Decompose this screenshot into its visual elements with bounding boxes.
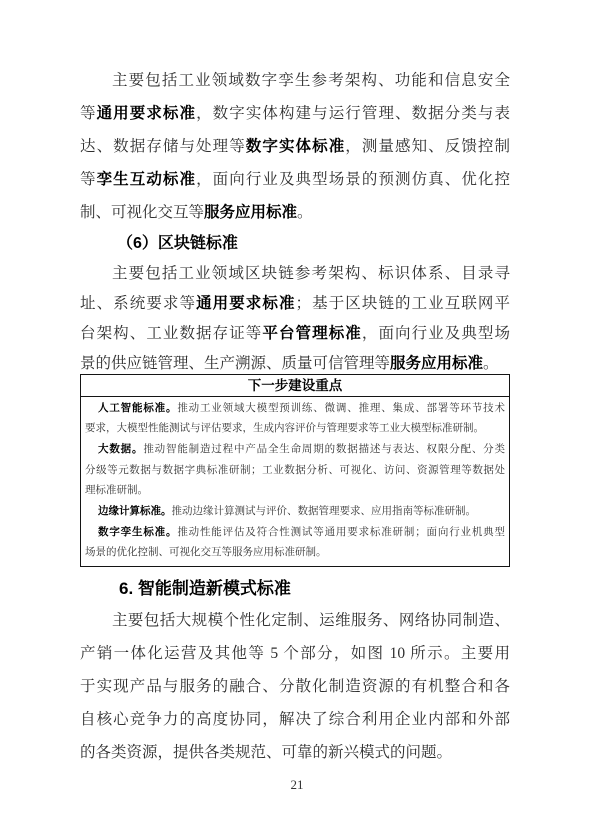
bold-term: 数字实体标准 [246, 138, 345, 155]
text-line: 边缘计算标准。推动边缘计算测试与评价、数据管理要求、应用指南等标准研制。 [85, 501, 505, 522]
text-run: 要求，大模型性能测试与评估要求，生成内容评价与管理要求等工业大模型标准研制。 [85, 423, 484, 434]
text-line: 分级等元数据与数据字典标准研制；工业数据分析、可视化、访问、资源管理等数据处 [85, 461, 505, 481]
paragraph-blockchain: 主要包括工业领域区块链参考架构、标识体系、目录寻址、系统要求等通用要求标准；基于… [80, 259, 510, 379]
key-points-box: 下一步建设重点 人工智能标准。推动工业领域大模型预训练、微调、推理、集成、部署等… [80, 374, 510, 567]
text-run: 制、可视化交互等 [80, 204, 204, 221]
text-run: 主要包括大规模个性化定制、运维服务、网络协同制造、 [112, 612, 510, 629]
text-line: 主要包括工业领域数字孪生参考架构、功能和信息安全 [80, 64, 510, 97]
text-run: 推动性能评估及符合性测试等通用要求标准研制；面向行业机典型 [177, 527, 505, 538]
text-run: 达、数据存储与处理等 [80, 138, 246, 155]
text-run: 。 [297, 204, 313, 221]
text-run: 分级等元数据与数据字典标准研制；工业数据分析、可视化、访问、资源管理等数据处 [85, 465, 505, 476]
paragraph-digital-twin: 主要包括工业领域数字孪生参考架构、功能和信息安全等通用要求标准，数字实体构建与运… [80, 64, 510, 229]
text-line: 要求，大模型性能测试与评估要求，生成内容评价与管理要求等工业大模型标准研制。 [85, 419, 505, 439]
text-run: 场景的优化控制、可视化交互等服务应用标准研制。 [85, 547, 327, 558]
bold-term: 通用要求标准 [97, 105, 196, 122]
text-line: 主要包括大规模个性化定制、运维服务、网络协同制造、 [80, 604, 510, 637]
text-run: 等 [80, 171, 97, 188]
text-run: 于实现产品与服务的融合、分散化制造资源的有机整合和各 [80, 678, 510, 695]
text-line: 等通用要求标准，数字实体构建与运行管理、数据分类与表 [80, 97, 510, 130]
text-run: 主要包括工业领域数字孪生参考架构、功能和信息安全 [112, 72, 510, 89]
text-run: 址、系统要求等 [80, 295, 196, 312]
text-line: 制、可视化交互等服务应用标准。 [80, 196, 510, 229]
section-heading-new-mode: 6. 智能制造新模式标准 [80, 577, 510, 600]
text-line: 达、数据存储与处理等数字实体标准，测量感知、反馈控制 [80, 130, 510, 163]
text-run: 等 [80, 105, 97, 122]
text-run: ，测量感知、反馈控制 [345, 138, 510, 155]
text-run: 自核心竞争力的高度协同，解决了综合利用企业内部和外部 [80, 711, 510, 728]
text-run: 推动边缘计算测试与评价、数据管理要求、应用指南等标准研制。 [172, 506, 477, 517]
paragraph-new-mode: 主要包括大规模个性化定制、运维服务、网络协同制造、产销一体化运营及其他等 5 个… [80, 604, 510, 769]
text-line: 场景的优化控制、可视化交互等服务应用标准研制。 [85, 543, 505, 563]
text-run: ，面向行业及典型场 [362, 325, 510, 342]
text-line: 自核心竞争力的高度协同，解决了综合利用企业内部和外部 [80, 703, 510, 736]
text-line: 人工智能标准。推动工业领域大模型预训练、微调、推理、集成、部署等环节技术 [85, 398, 505, 419]
section-heading-blockchain: （6）区块链标准 [80, 231, 510, 257]
bold-term: 孪生互动标准 [97, 171, 196, 188]
bold-term: 人工智能标准。 [98, 402, 177, 414]
text-run: 推动智能制造过程中产品全生命周期的数据描述与表达、权限分配、分类 [143, 444, 505, 455]
text-run: 景的供应链管理、生产溯源、质量可信管理等 [80, 355, 390, 372]
text-line: 于实现产品与服务的融合、分散化制造资源的有机整合和各 [80, 670, 510, 703]
text-line: 产销一体化运营及其他等 5 个部分，如图 10 所示。主要用 [80, 637, 510, 670]
key-points-box-body: 人工智能标准。推动工业领域大模型预训练、微调、推理、集成、部署等环节技术要求，大… [81, 397, 509, 566]
bold-term: 通用要求标准 [196, 295, 295, 312]
bold-term: 平台管理标准 [262, 325, 361, 342]
bold-term: 边缘计算标准。 [98, 505, 172, 517]
text-line: 大数据。推动智能制造过程中产品全生命周期的数据描述与表达、权限分配、分类 [85, 439, 505, 460]
bold-term: 大数据。 [98, 443, 143, 455]
text-line: 主要包括工业领域区块链参考架构、标识体系、目录寻 [80, 259, 510, 289]
text-run: 理标准研制。 [85, 485, 148, 496]
text-line: 台架构、工业数据存证等平台管理标准，面向行业及典型场 [80, 319, 510, 349]
text-run: 台架构、工业数据存证等 [80, 325, 262, 342]
document-page: 主要包括工业领域数字孪生参考架构、功能和信息安全等通用要求标准，数字实体构建与运… [0, 0, 594, 837]
text-run: ，数字实体构建与运行管理、数据分类与表 [196, 105, 510, 122]
page-number: 21 [0, 777, 594, 793]
text-line: 数字孪生标准。推动性能评估及符合性测试等通用要求标准研制；面向行业机典型 [85, 522, 505, 543]
text-run: 。 [483, 355, 499, 372]
text-line: 的各类资源，提供各类规范、可靠的新兴模式的问题。 [80, 736, 510, 769]
page-content: 主要包括工业领域数字孪生参考架构、功能和信息安全等通用要求标准，数字实体构建与运… [80, 64, 510, 769]
text-run: ，面向行业及典型场景的预测仿真、优化控 [196, 171, 510, 188]
bold-term: 服务应用标准 [204, 204, 297, 221]
bold-term: 数字孪生标准。 [98, 526, 177, 538]
text-line: 理标准研制。 [85, 481, 505, 501]
text-line: 等孪生互动标准，面向行业及典型场景的预测仿真、优化控 [80, 163, 510, 196]
text-line: 址、系统要求等通用要求标准；基于区块链的工业互联网平 [80, 289, 510, 319]
text-run: 的各类资源，提供各类规范、可靠的新兴模式的问题。 [80, 744, 452, 761]
text-run: 产销一体化运营及其他等 5 个部分，如图 10 所示。主要用 [80, 645, 510, 662]
text-run: 推动工业领域大模型预训练、微调、推理、集成、部署等环节技术 [177, 403, 505, 414]
text-run: ；基于区块链的工业互联网平 [296, 295, 510, 312]
text-run: 主要包括工业领域区块链参考架构、标识体系、目录寻 [112, 265, 510, 282]
bold-term: 服务应用标准 [390, 355, 483, 372]
